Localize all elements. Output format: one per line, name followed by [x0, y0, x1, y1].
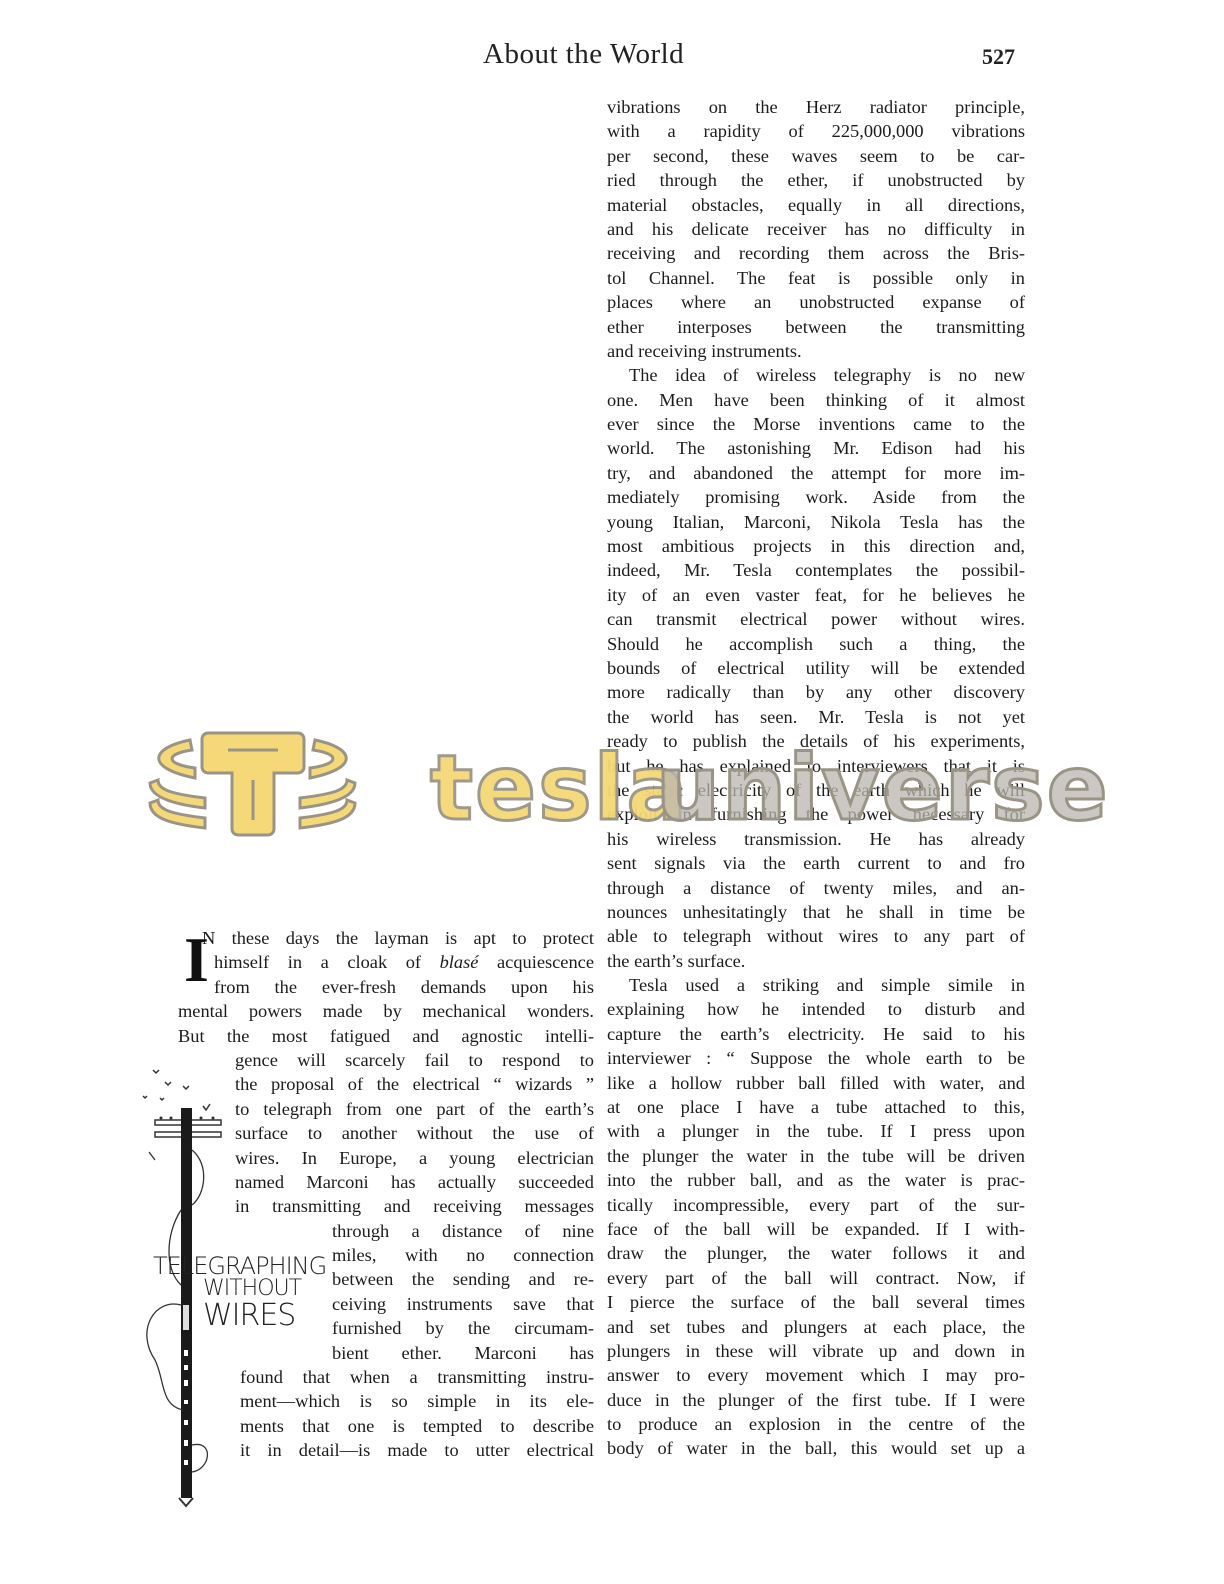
text-line: vibrations on the Herz radiator principl… [607, 95, 1025, 119]
text-line: able to telegraph without wires to any p… [607, 924, 1025, 948]
tesla-universe-logo-icon [140, 728, 365, 838]
telegraph-pole-illustration: TELEGRAPHING WITHOUT WIRES [135, 1060, 315, 1510]
text-line: furnished by the circumam- [332, 1316, 594, 1340]
text-line: and receiving instruments. [607, 339, 1025, 363]
text-line: young Italian, Marconi, Nikola Tesla has… [607, 510, 1025, 534]
text-line: and his delicate receiver has no difficu… [607, 217, 1025, 241]
text-line: the earth’s surface. [607, 949, 1025, 973]
text-line: sent signals via the earth current to an… [607, 851, 1025, 875]
text-line: ready to publish the details of his expe… [607, 729, 1025, 753]
right-text-column: vibrations on the Herz radiator principl… [607, 95, 1025, 1461]
text-line: Should he accomplish such a thing, the [607, 632, 1025, 656]
text-line: tically incompressible, every part of th… [607, 1193, 1025, 1217]
page-number: 527 [982, 44, 1015, 70]
text-line: try, and abandoned the attempt for more … [607, 461, 1025, 485]
text-line: through a distance of nine [332, 1219, 594, 1243]
paragraph-start: The idea of wireless telegraphy is no ne… [607, 363, 1025, 387]
text-line: with a plunger in the tube. If I press u… [607, 1119, 1025, 1143]
text-line: at one place I have a tube attached to t… [607, 1095, 1025, 1119]
italic-word: blasé [440, 952, 479, 972]
text-line: more radically than by any other discove… [607, 680, 1025, 704]
text-line: but he has explained to interviewers tha… [607, 754, 1025, 778]
text-line: ried through the ether, if unobstructed … [607, 168, 1025, 192]
text-line: indeed, Mr. Tesla contemplates the possi… [607, 558, 1025, 582]
text-line: world. The astonishing Mr. Edison had hi… [607, 436, 1025, 460]
text-line: N these days the layman is apt to protec… [202, 926, 594, 950]
running-head-title: About the World [483, 38, 684, 71]
text-line: material obstacles, equally in all direc… [607, 193, 1025, 217]
text-line: ever since the Morse inventions came to … [607, 412, 1025, 436]
text-line: explaining how he intended to disturb an… [607, 997, 1025, 1021]
text-line: mediately promising work. Aside from the [607, 485, 1025, 509]
text-fragment: himself in a cloak of [214, 952, 440, 972]
text-line: every part of the ball will contract. No… [607, 1266, 1025, 1290]
text-line: one. Men have been thinking of it almost [607, 388, 1025, 412]
text-line: bounds of electrical utility will be ext… [607, 656, 1025, 680]
text-line: the plunger the water in the tube will b… [607, 1144, 1025, 1168]
text-line: capture the earth’s electricity. He said… [607, 1022, 1025, 1046]
text-line: to produce an explosion in the centre of… [607, 1412, 1025, 1436]
text-line: ether interposes between the transmittin… [607, 315, 1025, 339]
text-line: receiving and recording them across the … [607, 241, 1025, 265]
text-line: mental powers made by mechanical wonders… [178, 999, 594, 1023]
paragraph-start: Tesla used a striking and simple simile … [607, 973, 1025, 997]
text-line: into the rubber ball, and as the water i… [607, 1168, 1025, 1192]
text-line: But the most fatigued and agnostic intel… [178, 1024, 594, 1048]
text-fragment: acquiescence [478, 952, 594, 972]
text-line: can transmit electrical power without wi… [607, 607, 1025, 631]
text-line: interviewer : “ Suppose the whole earth … [607, 1046, 1025, 1070]
text-line: with a rapidity of 225,000,000 vibration… [607, 119, 1025, 143]
text-line: answer to every movement which I may pro… [607, 1363, 1025, 1387]
text-line: the world has seen. Mr. Tesla is not yet [607, 705, 1025, 729]
text-line: his wireless transmission. He has alread… [607, 827, 1025, 851]
text-line: bient ether. Marconi has [332, 1341, 594, 1365]
text-line: draw the plunger, the water follows it a… [607, 1241, 1025, 1265]
text-line: most ambitious projects in this directio… [607, 534, 1025, 558]
text-line: through a distance of twenty miles, and … [607, 876, 1025, 900]
text-line: the static electricity of the earth whic… [607, 778, 1025, 802]
text-line: and set tubes and plungers at each place… [607, 1315, 1025, 1339]
text-line: tol Channel. The feat is possible only i… [607, 266, 1025, 290]
text-line: duce in the plunger of the first tube. I… [607, 1388, 1025, 1412]
text-line: body of water in the ball, this would se… [607, 1436, 1025, 1460]
text-line: himself in a cloak of blasé acquiescence [214, 950, 594, 974]
text-line: ity of an even vaster feat, for he belie… [607, 583, 1025, 607]
text-line: face of the ball will be expanded. If I … [607, 1217, 1025, 1241]
text-line: from the ever-fresh demands upon his [214, 975, 594, 999]
text-line: between the sending and re- [332, 1267, 594, 1291]
text-line: like a hollow rubber ball filled with wa… [607, 1071, 1025, 1095]
text-line: I pierce the surface of the ball several… [607, 1290, 1025, 1314]
text-line: nounces unhesitatingly that he shall in … [607, 900, 1025, 924]
text-line: per second, these waves seem to be car- [607, 144, 1025, 168]
text-line: plungers in these will vibrate up and do… [607, 1339, 1025, 1363]
text-line: ceiving instruments save that [332, 1292, 594, 1316]
illustration-title-line-3: WIRES [203, 1298, 295, 1333]
text-line: places where an unobstructed expanse of [607, 290, 1025, 314]
text-line: exploit in furnishing the power necessar… [607, 802, 1025, 826]
text-line: miles, with no connection [332, 1243, 594, 1267]
